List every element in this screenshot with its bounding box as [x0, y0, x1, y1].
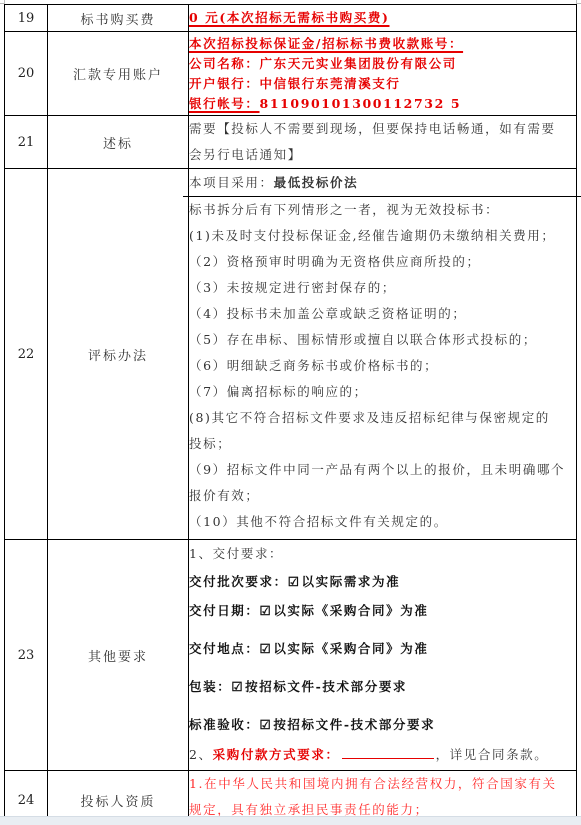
payment-terms: 2、采购付款方式要求：，详见合同条款。 [189, 740, 576, 770]
payment-suffix: ，详见合同条款。 [436, 747, 549, 762]
row-number: 21 [5, 116, 48, 169]
delivery-location: 交付地点：☑以实际《采购合同》为准 [189, 634, 576, 664]
checked-box-icon: ☑ [288, 568, 301, 596]
presentation-line-2: 会另行电话通知】 [189, 142, 576, 168]
row-content: 0 元(本次招标无需标书购买费) [189, 5, 577, 32]
row-label: 其他要求 [48, 540, 189, 771]
tender-fee-text: 0 元(本次招标无需标书购买费) [189, 5, 576, 31]
tender-requirements-table: 19 标书购买费 0 元(本次招标无需标书购买费) 20 汇款专用账户 本次招标… [4, 4, 577, 825]
condition-9: （9）招标文件中同一产品有两个以上的报价，且未明确哪个 [189, 457, 576, 483]
row-number: 19 [5, 5, 48, 32]
condition-9-cont: 报价有效； [189, 483, 576, 509]
row-number: 20 [5, 32, 48, 116]
condition-3: （3）未按规定进行密封保存的； [189, 275, 576, 301]
payment-label: 采购付款方式要求： [213, 747, 340, 762]
payment-prefix: 2、 [189, 747, 213, 762]
table-row-21: 21 述标 需要【投标人不需要到现场，但要保持电话畅通，如有需要 会另行电话通知… [5, 116, 577, 169]
packaging: 包装：☑按招标文件-技术部分要求 [189, 672, 576, 702]
table-row-22: 22 评标办法 本项目采用：最低投标价法 标书拆分后有下列情形之一者，视为无效投… [5, 169, 577, 540]
checked-box-icon: ☑ [260, 634, 273, 664]
acceptance-standard: 标准验收：☑按招标文件-技术部分要求 [189, 710, 576, 740]
item-value: 以实际《采购合同》为准 [273, 641, 428, 656]
checked-box-icon: ☑ [260, 596, 273, 626]
item-value: 以实际需求为准 [302, 574, 401, 589]
delivery-heading: 1、交付要求： [189, 540, 576, 568]
item-value: 以实际《采购合同》为准 [273, 603, 428, 618]
row-label: 汇款专用账户 [48, 32, 189, 116]
item-label: 标准验收： [189, 717, 260, 732]
invalid-bid-conditions: 标书拆分后有下列情形之一者，视为无效投标书： (1)未及时支付投标保证金,经催告… [183, 196, 581, 535]
row-label: 评标办法 [48, 169, 189, 540]
row-content: 本次招标投标保证金/招标标书费收款账号： 公司名称：广东天元实业集团股份有限公司… [189, 32, 577, 116]
bank-account-number: 811090101300112732 5 [260, 96, 462, 111]
row-label: 标书购买费 [48, 5, 189, 32]
checked-box-icon: ☑ [231, 672, 244, 702]
bank-account: 银行帐号：811090101300112732 5 [189, 94, 576, 114]
delivery-batch: 交付批次要求：☑以实际需求为准 [189, 568, 576, 596]
bank-account-label: 银行帐号： [189, 96, 260, 111]
condition-8: (8)其它不符合招标文件要求及违反招标纪律与保密规定的 [189, 405, 576, 431]
row-content: 1、交付要求： 交付批次要求：☑以实际需求为准 交付日期：☑以实际《采购合同》为… [189, 540, 577, 771]
item-label: 交付批次要求： [189, 574, 288, 589]
row-content: 本项目采用：最低投标价法 标书拆分后有下列情形之一者，视为无效投标书： (1)未… [189, 169, 577, 540]
item-label: 交付日期： [189, 603, 260, 618]
item-value: 按招标文件-技术部分要求 [273, 717, 435, 732]
row-label: 述标 [48, 116, 189, 169]
condition-intro: 标书拆分后有下列情形之一者，视为无效投标书： [189, 197, 576, 223]
viewport-bottom-strip [0, 816, 581, 825]
condition-1: (1)未及时支付投标保证金,经催告逾期仍未缴纳相关费用； [189, 223, 576, 249]
item-value: 按招标文件-技术部分要求 [245, 679, 407, 694]
item-label: 包装： [189, 679, 231, 694]
item-label: 交付地点： [189, 641, 260, 656]
bank-name: 开户银行：中信银行东莞清溪支行 [189, 74, 576, 94]
condition-2: （2）资格预审时明确为无资格供应商所投的； [189, 249, 576, 275]
presentation-line-1: 需要【投标人不需要到现场，但要保持电话畅通，如有需要 [189, 116, 576, 142]
payment-blank-field[interactable] [342, 745, 434, 759]
condition-7: （7）偏离招标标的响应的； [189, 379, 576, 405]
account-heading: 本次招标投标保证金/招标标书费收款账号： [189, 34, 576, 54]
table-row-20: 20 汇款专用账户 本次招标投标保证金/招标标书费收款账号： 公司名称：广东天元… [5, 32, 577, 116]
method-prefix: 本项目采用： [189, 175, 274, 190]
table-row-23: 23 其他要求 1、交付要求： 交付批次要求：☑以实际需求为准 交付日期：☑以实… [5, 540, 577, 771]
row-number: 22 [5, 169, 48, 540]
condition-10: （10）其他不符合招标文件有关规定的。 [189, 509, 576, 535]
table-row-19: 19 标书购买费 0 元(本次招标无需标书购买费) [5, 5, 577, 32]
condition-5: （5）存在串标、围标情形或擅自以联合体形式投标的； [189, 327, 576, 353]
condition-6: （6）明细缺乏商务标书或价格标书的； [189, 353, 576, 379]
evaluation-method: 本项目采用：最低投标价法 [189, 169, 576, 196]
checked-box-icon: ☑ [260, 710, 273, 740]
row-content: 需要【投标人不需要到现场，但要保持电话畅通，如有需要 会另行电话通知】 [189, 116, 577, 169]
method-value: 最低投标价法 [274, 175, 359, 190]
qualification-line-1: 1.在中华人民共和国境内拥有合法经营权力，符合国家有关 [189, 771, 576, 797]
row-number: 23 [5, 540, 48, 771]
company-name: 公司名称：广东天元实业集团股份有限公司 [189, 54, 576, 74]
delivery-date: 交付日期：☑以实际《采购合同》为准 [189, 596, 576, 626]
condition-4: （4）投标书未加盖公章或缺乏资格证明的； [189, 301, 576, 327]
condition-8-cont: 投标； [189, 431, 576, 457]
